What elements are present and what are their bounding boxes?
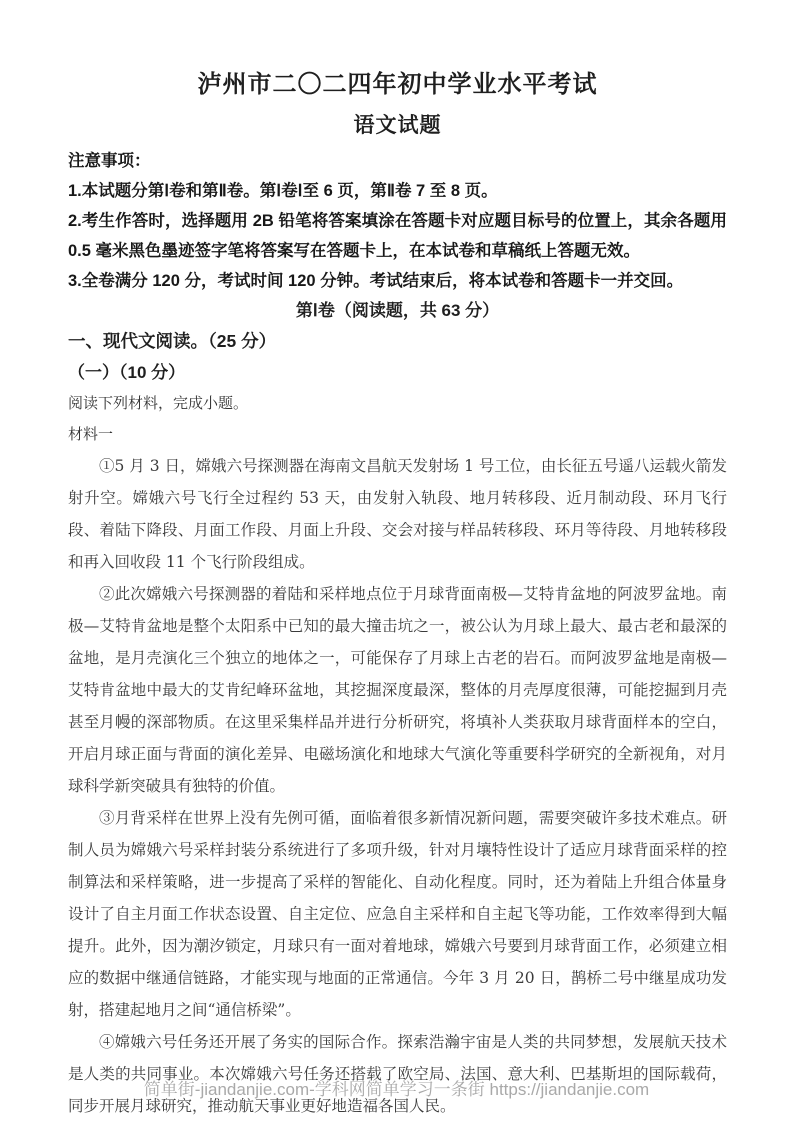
notices-block: 注意事项： 1.本试题分第Ⅰ卷和第Ⅱ卷。第Ⅰ卷Ⅰ至 6 页，第Ⅱ卷 7 至 8 … <box>68 146 727 296</box>
reading-instruction: 阅读下列材料，完成小题。 <box>68 388 727 419</box>
passage-paragraph-2: ②此次嫦娥六号探测器的着陆和采样地点位于月球背面南极—艾特肯盆地的阿波罗盆地。南… <box>68 578 727 802</box>
notices-label: 注意事项： <box>68 146 727 176</box>
exam-title: 泸州市二〇二四年初中学业水平考试 <box>68 64 727 106</box>
subsection-1-heading: （一）（10 分） <box>68 357 727 388</box>
exam-paper-page: 泸州市二〇二四年初中学业水平考试 语文试题 注意事项： 1.本试题分第Ⅰ卷和第Ⅱ… <box>0 0 793 1122</box>
volume-1-header: 第Ⅰ卷（阅读题，共 63 分） <box>68 296 727 326</box>
section-1-heading: 一、现代文阅读。（25 分） <box>68 326 727 357</box>
notice-item-2: 2.考生作答时，选择题用 2B 铅笔将答案填涂在答题卡对应题目标号的位置上，其余… <box>68 206 727 266</box>
material-1-passage: ①5 月 3 日，嫦娥六号探测器在海南文昌航天发射场 1 号工位，由长征五号遥八… <box>68 450 727 1122</box>
page-content: 泸州市二〇二四年初中学业水平考试 语文试题 注意事项： 1.本试题分第Ⅰ卷和第Ⅱ… <box>0 0 793 1122</box>
watermark-footer: 简单街-jiandanjie.com-学科网简单学习一条街 https://ji… <box>0 1075 793 1100</box>
passage-paragraph-3: ③月背采样在世界上没有先例可循，面临着很多新情况新问题，需要突破许多技术难点。研… <box>68 802 727 1026</box>
notice-item-1: 1.本试题分第Ⅰ卷和第Ⅱ卷。第Ⅰ卷Ⅰ至 6 页，第Ⅱ卷 7 至 8 页。 <box>68 176 727 206</box>
exam-subject-title: 语文试题 <box>68 106 727 146</box>
material-1-label: 材料一 <box>68 419 727 450</box>
notice-item-3: 3.全卷满分 120 分，考试时间 120 分钟。考试结束后，将本试卷和答题卡一… <box>68 266 727 296</box>
passage-paragraph-4: ④嫦娥六号任务还开展了务实的国际合作。探索浩瀚宇宙是人类的共同梦想，发展航天技术… <box>68 1026 727 1122</box>
passage-paragraph-1: ①5 月 3 日，嫦娥六号探测器在海南文昌航天发射场 1 号工位，由长征五号遥八… <box>68 450 727 578</box>
